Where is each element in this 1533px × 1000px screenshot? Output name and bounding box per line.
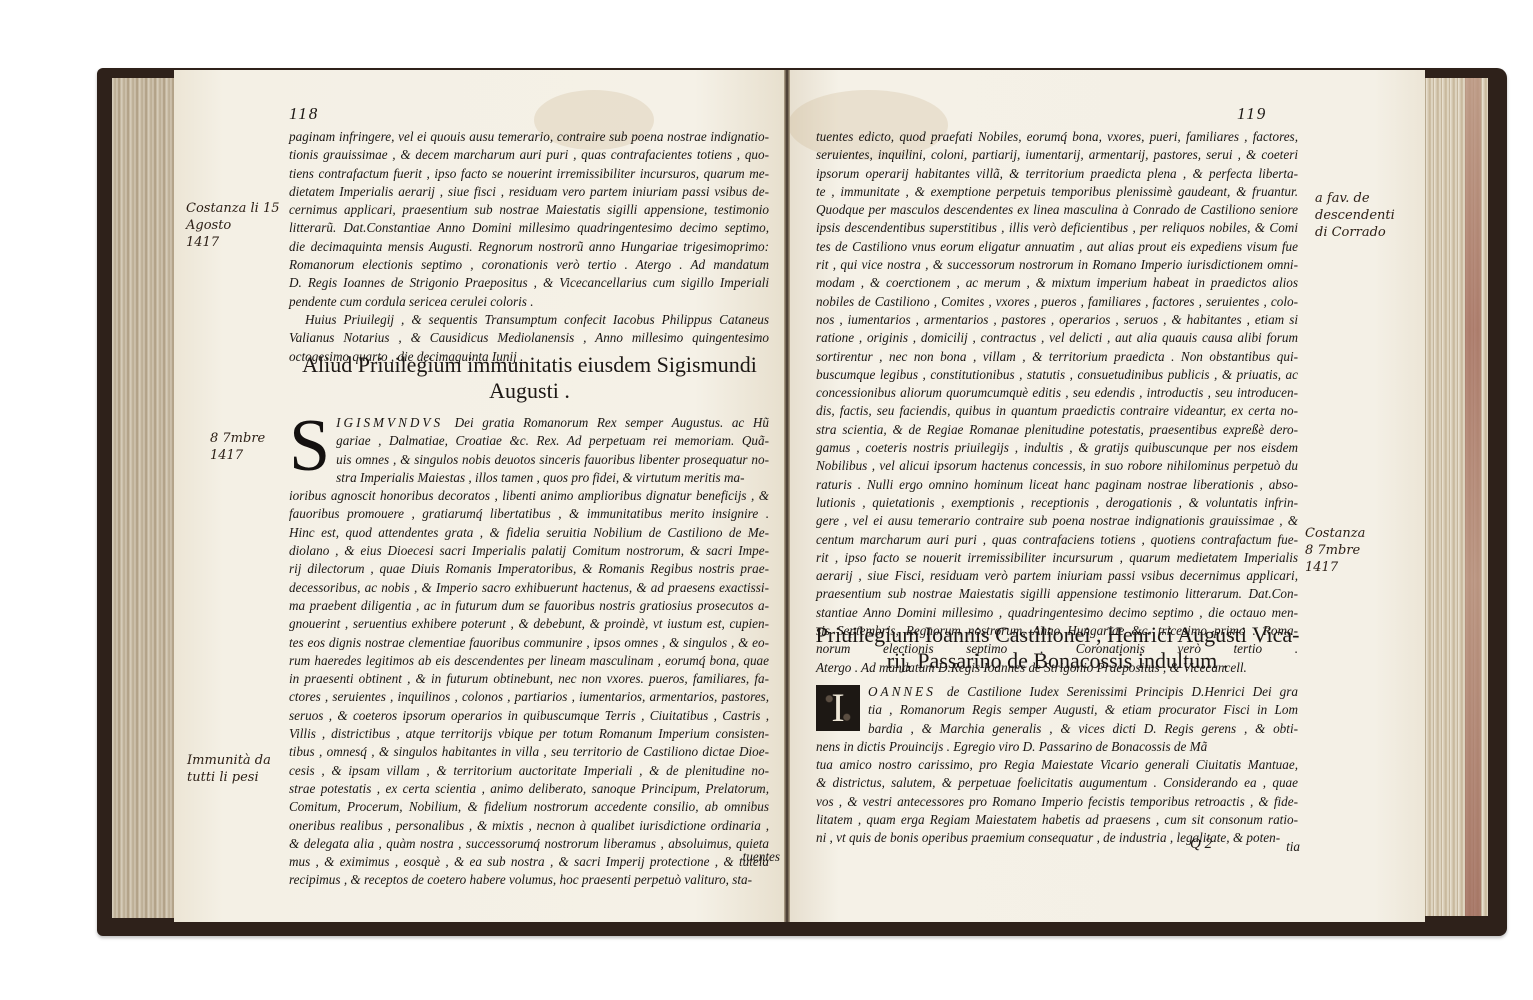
catchword-right: tia bbox=[1260, 838, 1300, 856]
text-line: Valianus Notarius , & Causidicus Mediola… bbox=[289, 329, 769, 347]
text-line: IGISMVNDVS Dei gratia Romanorum Rex semp… bbox=[289, 414, 769, 432]
text-line: ma praebent diligentia , ac in futurum d… bbox=[289, 597, 769, 615]
text-line: paginam infringere, vel ei quouis ausu t… bbox=[289, 128, 769, 146]
text-line: tiens contrafactum fuerit , ipso facto s… bbox=[289, 165, 769, 183]
text-line: tuentes edicto, quod praefati Nobiles, e… bbox=[816, 128, 1298, 146]
book-gutter bbox=[784, 70, 790, 922]
text-line: nos , iumentarios , armentarios , pastor… bbox=[816, 311, 1298, 329]
text-line: stantiae Anno Domini millesimo , quadrin… bbox=[816, 604, 1298, 622]
text-line: gariae , Dalmatiae, Croatiae &c. Rex. Ad… bbox=[289, 432, 769, 450]
text-line: Comitum, Procerum, Nobilium, & fidelium … bbox=[289, 798, 769, 816]
text-line: buscumque legibus , constitutionibus , s… bbox=[816, 366, 1298, 384]
text-line: rit , ipso facto se nouerit irremissibil… bbox=[816, 549, 1298, 567]
text-line: rij dilectorum , quae Diuis Romanis Impe… bbox=[289, 560, 769, 578]
text-line: strae potestatis , ex certa scientia , a… bbox=[289, 780, 769, 798]
text-line: oneribus realibus , personalibus , & mix… bbox=[289, 817, 769, 835]
text-line: recipimus , & receptos de coetero habere… bbox=[289, 871, 769, 889]
text-line: fauoribus promouere , gratiarumq́ libert… bbox=[289, 505, 769, 523]
folio-number-right: 119 bbox=[1237, 104, 1267, 124]
right-page-body: I OANNES de Castilione Iudex Serenissimi… bbox=[816, 683, 1298, 848]
printer-signature: Q 2 bbox=[1190, 836, 1212, 853]
section-heading-left: Aliud Priuilegium immunitatis eiusdem Si… bbox=[282, 352, 777, 404]
text-line: uis omnes , & singulos nobis deuotos sin… bbox=[289, 451, 769, 469]
text-line: tes eos dignis nostrae clementiae fauori… bbox=[289, 634, 769, 652]
text-line: Quodque per masculos descendentes ex lin… bbox=[816, 201, 1298, 219]
text-line: vos , & vestri antecessores pro Romano I… bbox=[816, 793, 1298, 811]
page-edges-left bbox=[112, 78, 175, 918]
text-line: decessoribus, ac nobis , & Imperio sacro… bbox=[289, 579, 769, 597]
text-line: tia , Romanorum Regis semper Augusti, & … bbox=[816, 701, 1298, 719]
text-line: & delegata alia , quàm nostra , successo… bbox=[289, 835, 769, 853]
text-line: dietatem Imperialis aerarij , siue fisci… bbox=[289, 183, 769, 201]
handwritten-margin-note: Costanza li 15 Agosto 1417 bbox=[186, 200, 280, 251]
text-line: tua amico nostro carissimo, pro Regia Ma… bbox=[816, 756, 1298, 774]
catchword-left: tuentes bbox=[700, 848, 780, 866]
left-page-body: S IGISMVNDVS Dei gratia Romanorum Rex se… bbox=[289, 414, 769, 890]
right-page-top-text: tuentes edicto, quod praefati Nobiles, e… bbox=[816, 128, 1298, 677]
text-line: mus , & eximimus , eosquè , & ea sub nos… bbox=[289, 853, 769, 871]
text-line: Villis , districtibus , atque territorij… bbox=[289, 725, 769, 743]
text-line: tes de Castiliono vnus eorum eligatur an… bbox=[816, 238, 1298, 256]
text-line: te , immunitate , & exemptione perpetuis… bbox=[816, 183, 1298, 201]
text-line: die decimaquinta mensis Augusti. Regnoru… bbox=[289, 238, 769, 256]
handwritten-margin-note: a fav. de descendenti di Corrado bbox=[1315, 190, 1395, 241]
text-line: tionis grauissimae , & decem marcharum a… bbox=[289, 146, 769, 164]
text-line: nens in dictis Prouincijs . Egregio viro… bbox=[816, 738, 1298, 756]
folio-number-left: 118 bbox=[289, 104, 319, 124]
red-sprinkled-edge bbox=[1465, 78, 1481, 916]
text-line: stra scientia, & de Regiae Romanae pleni… bbox=[816, 421, 1298, 439]
text-line: stra Imperialis Maiestas , illos tamen ,… bbox=[289, 469, 769, 487]
drop-cap: S bbox=[289, 414, 330, 478]
text-line: Romanorum electionis septimo , coronatio… bbox=[289, 256, 769, 274]
opening-word: IGISMVNDVS bbox=[336, 415, 454, 430]
text-line: nobiles de Castiliono , Comites , vxores… bbox=[816, 293, 1298, 311]
heading-line-1: Priuilegium Ioannis Castilionei , Henric… bbox=[810, 622, 1305, 648]
text-line: concessionibus aliorum quorumcumquè edit… bbox=[816, 384, 1298, 402]
text-line: litterarũ. Dat.Constantiae Anno Domini m… bbox=[289, 219, 769, 237]
text-line: praesentium sub nostrae Maiestatis sigil… bbox=[816, 585, 1298, 603]
opening-word: OANNES bbox=[868, 684, 947, 699]
text-line: aerarij , siue Fisci, residuam verò part… bbox=[816, 567, 1298, 585]
text-line: ipsorum operarij habitantes villã, & ter… bbox=[816, 165, 1298, 183]
text-line: cesis , & ipsam villam , & territorium a… bbox=[289, 762, 769, 780]
text-line: raturis . Nulli ergo omnino hominum lice… bbox=[816, 476, 1298, 494]
heading-line-2: rij, Passarino de Bonacossis indultum . bbox=[810, 648, 1305, 674]
text-line: ni , vt quis de bonis operibus praemium … bbox=[816, 829, 1298, 847]
handwritten-margin-note: Immunità da tutti li pesi bbox=[187, 752, 271, 786]
text-line: lutionis , quietationis , exemptionis , … bbox=[816, 494, 1298, 512]
text-line: Hinc est, quod attendentes grata , & fid… bbox=[289, 524, 769, 542]
text-line: ratione , originis , domicilij , contrac… bbox=[816, 329, 1298, 347]
text-line: Huius Priuilegij , & sequentis Transumpt… bbox=[289, 311, 769, 329]
text-line: cernimus applicari, praesentium sub nost… bbox=[289, 201, 769, 219]
text-line: gamus , coeteris nostris priuilegijs , i… bbox=[816, 439, 1298, 457]
text-line: ioribus agnoscit honoribus decoratos , l… bbox=[289, 487, 769, 505]
handwritten-margin-note: 8 7mbre 1417 bbox=[210, 430, 265, 464]
text-line: in praesenti obtinent , & in futurum obt… bbox=[289, 670, 769, 688]
heading-line-2: Augusti . bbox=[282, 378, 777, 404]
text-line: rum haeredes legitimos ab eis descendent… bbox=[289, 652, 769, 670]
section-heading-right: Priuilegium Ioannis Castilionei , Henric… bbox=[810, 622, 1305, 674]
text-line: rit , qui vice nostra , & successorum no… bbox=[816, 256, 1298, 274]
text-line: Nobilibus , vel alicui ipsorum hactenus … bbox=[816, 457, 1298, 475]
text-line: gere , vel ei ausu temerario contraire s… bbox=[816, 512, 1298, 530]
heading-line-1: Aliud Priuilegium immunitatis eiusdem Si… bbox=[282, 352, 777, 378]
text-line: & districtus, salutem, & perpetuae foeli… bbox=[816, 774, 1298, 792]
text-line: seruientes, inquilini, coloni, partiarij… bbox=[816, 146, 1298, 164]
text-line: sortirentur , nec non bona , villam , & … bbox=[816, 348, 1298, 366]
text-line: tibus , omnesq́ , & singulos habitantes … bbox=[289, 743, 769, 761]
text-line: dis, factis, seu faciendis, quibus in qu… bbox=[816, 402, 1298, 420]
text-line: pendente cum cordula sericea cerulei col… bbox=[289, 293, 769, 311]
text-line: ctores , seruientes , inquilinos , colon… bbox=[289, 688, 769, 706]
left-page-top-text: paginam infringere, vel ei quouis ausu t… bbox=[289, 128, 769, 311]
text-line: bardia , & Marchia generalis , & vices d… bbox=[816, 720, 1298, 738]
text-line: gnouerint , seruentius exhibere poterunt… bbox=[289, 615, 769, 633]
text-line: OANNES de Castilione Iudex Serenissimi P… bbox=[816, 683, 1298, 701]
handwritten-margin-note: Costanza 8 7mbre 1417 bbox=[1305, 525, 1365, 576]
text-line: litatem , quam erga Regiam Maiestatem ha… bbox=[816, 811, 1298, 829]
text-line: seruos , & coeteros ipsorum operarios in… bbox=[289, 707, 769, 725]
text-line: modam , & coerctionem , ac merum , & mix… bbox=[816, 274, 1298, 292]
text-line: diolano , & eius Dioecesi sacri Imperial… bbox=[289, 542, 769, 560]
text-line: D. Regis Ioannes de Strigonio Praepositu… bbox=[289, 274, 769, 292]
text-line: centum marcharum auri puri , quas contra… bbox=[816, 531, 1298, 549]
text-line: ipsis descendentibus superstitibus , ill… bbox=[816, 219, 1298, 237]
ornamental-drop-cap: I bbox=[816, 685, 860, 731]
